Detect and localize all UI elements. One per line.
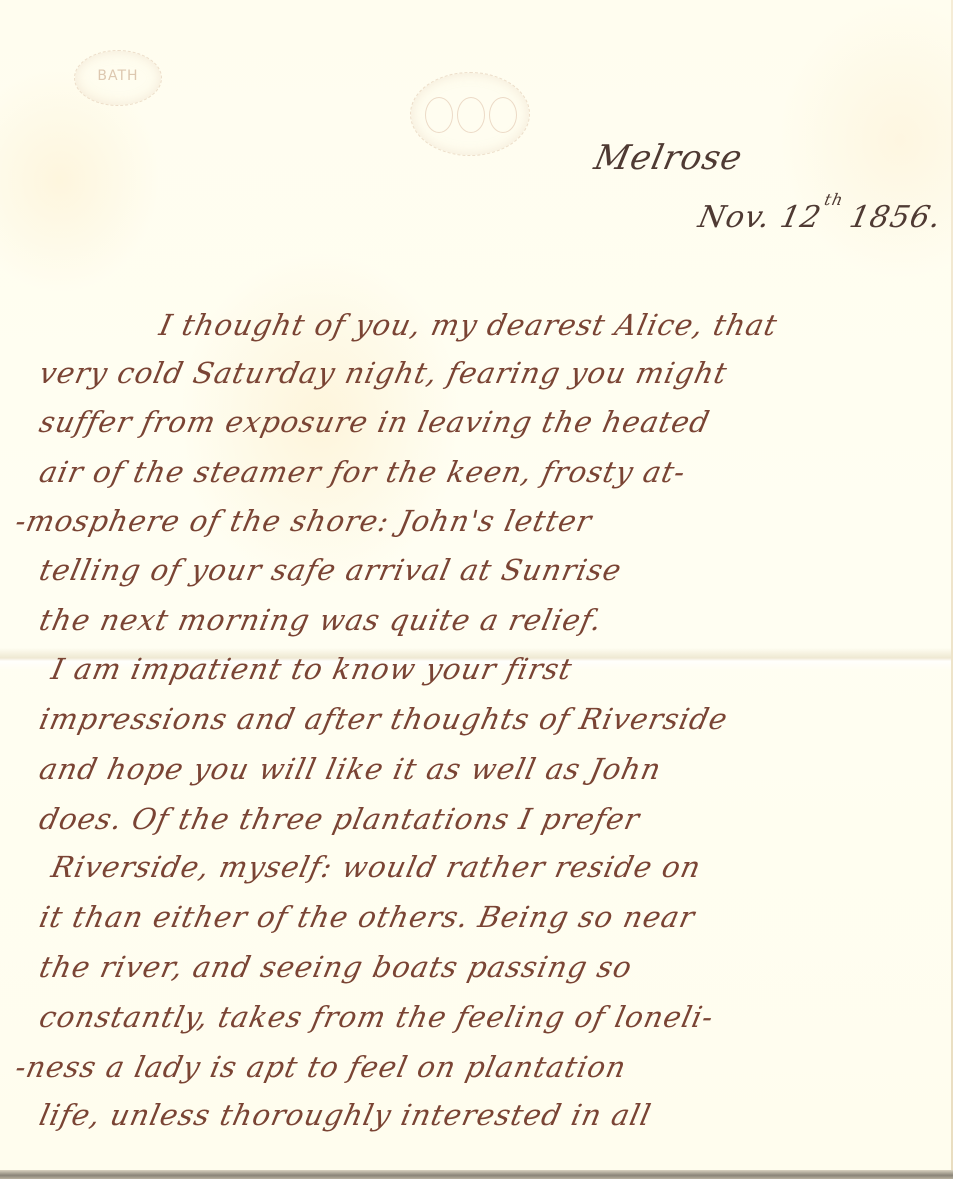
- date-year: 1856.: [846, 200, 944, 235]
- embossed-stamp-ornament: [410, 72, 530, 156]
- date-suffix: th: [823, 190, 846, 209]
- letter-date: Nov. 12th 1856.: [695, 190, 947, 235]
- letter-line-7: the next morning was quite a relief.: [36, 603, 605, 637]
- letter-line-15: constantly, takes from the feeling of lo…: [36, 1000, 717, 1034]
- letter-line-9: impressions and after thoughts of Rivers…: [36, 702, 731, 736]
- emboss-ring: [489, 97, 517, 133]
- letter-line-16: -ness a lady is apt to feel on plantatio…: [12, 1050, 629, 1084]
- emboss-rings: [425, 97, 517, 133]
- emboss-label: BATH: [75, 68, 161, 84]
- letter-line-10: and hope you will like it as well as Joh…: [36, 752, 664, 786]
- letter-line-12: Riverside, myself: would rather reside o…: [48, 850, 704, 884]
- letter-place: Melrose: [591, 138, 747, 178]
- letter-line-17: life, unless thoroughly interested in al…: [36, 1098, 654, 1132]
- letter-line-13: it than either of the others. Being so n…: [36, 900, 698, 934]
- letter-line-2: very cold Saturday night, fearing you mi…: [36, 356, 730, 390]
- date-month-day: Nov. 12: [695, 200, 824, 235]
- emboss-ring: [425, 97, 453, 133]
- letter-line-6: telling of your safe arrival at Sunrise: [36, 553, 625, 587]
- paper-bottom-edge: [0, 1170, 953, 1179]
- letter-line-5: -mosphere of the shore: John's letter: [12, 504, 595, 538]
- letter-line-4: air of the steamer for the keen, frosty …: [36, 455, 689, 489]
- emboss-ring: [457, 97, 485, 133]
- embossed-stamp-bath: BATH: [74, 50, 162, 106]
- letter-line-8: I am impatient to know your first: [48, 652, 575, 686]
- letter-line-11: does. Of the three plantations I prefer: [36, 802, 643, 836]
- letter-page: BATH Melrose Nov. 12th 1856. I thought o…: [0, 0, 953, 1179]
- letter-line-1: I thought of you, my dearest Alice, that: [156, 308, 780, 342]
- letter-line-14: the river, and seeing boats passing so: [36, 950, 635, 984]
- letter-line-3: suffer from exposure in leaving the heat…: [36, 405, 713, 439]
